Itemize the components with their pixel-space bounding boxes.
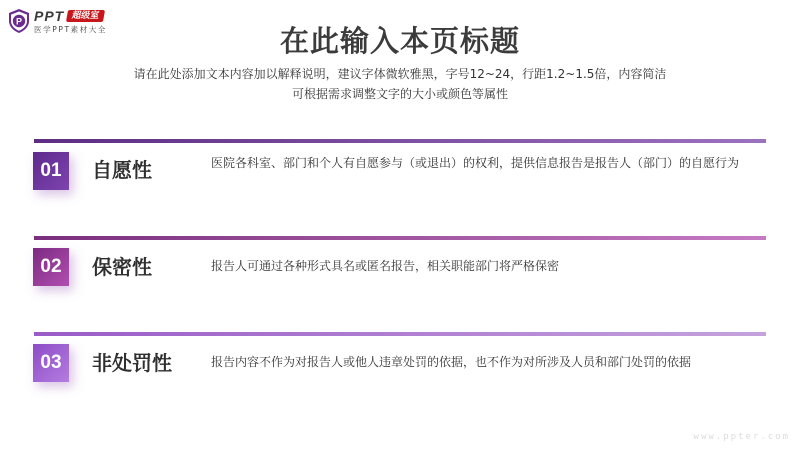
item-title: 保密性 [92, 252, 152, 282]
item-title: 非处罚性 [92, 348, 172, 378]
page-title: 在此输入本页标题 [0, 22, 800, 60]
number-badge: 02 [33, 248, 69, 286]
item-row-2: 02 保密性 报告人可通过各种形式具名或匿名报告，相关职能部门将严格保密 [0, 236, 800, 316]
page-subtitle: 请在此处添加文本内容加以解释说明，建议字体微软雅黑，字号12~24，行距1.2~… [0, 64, 800, 104]
subtitle-line-2: 可根据需求调整文字的大小或颜色等属性 [0, 84, 800, 104]
number-badge: 01 [33, 152, 69, 190]
number-badge: 03 [33, 344, 69, 382]
item-description: 医院各科室、部门和个人有自愿参与（或退出）的权利，提供信息报告是报告人（部门）的… [211, 153, 766, 173]
logo-badge: 超级室 [66, 10, 105, 22]
item-row-3: 03 非处罚性 报告内容不作为对报告人或他人违章处罚的依据，也不作为对所涉及人员… [0, 332, 800, 412]
item-description: 报告内容不作为对报告人或他人违章处罚的依据，也不作为对所涉及人员和部门处罚的依据 [211, 352, 766, 372]
watermark: www.ppter.com [694, 432, 790, 442]
item-title: 自愿性 [92, 155, 152, 185]
divider-line [34, 332, 766, 336]
divider-line [34, 236, 766, 240]
item-description: 报告人可通过各种形式具名或匿名报告，相关职能部门将严格保密 [211, 256, 766, 276]
divider-line [34, 139, 766, 143]
item-row-1: 01 自愿性 医院各科室、部门和个人有自愿参与（或退出）的权利，提供信息报告是报… [0, 139, 800, 219]
subtitle-line-1: 请在此处添加文本内容加以解释说明，建议字体微软雅黑，字号12~24，行距1.2~… [0, 64, 800, 84]
logo-brand: PPT [34, 9, 64, 23]
